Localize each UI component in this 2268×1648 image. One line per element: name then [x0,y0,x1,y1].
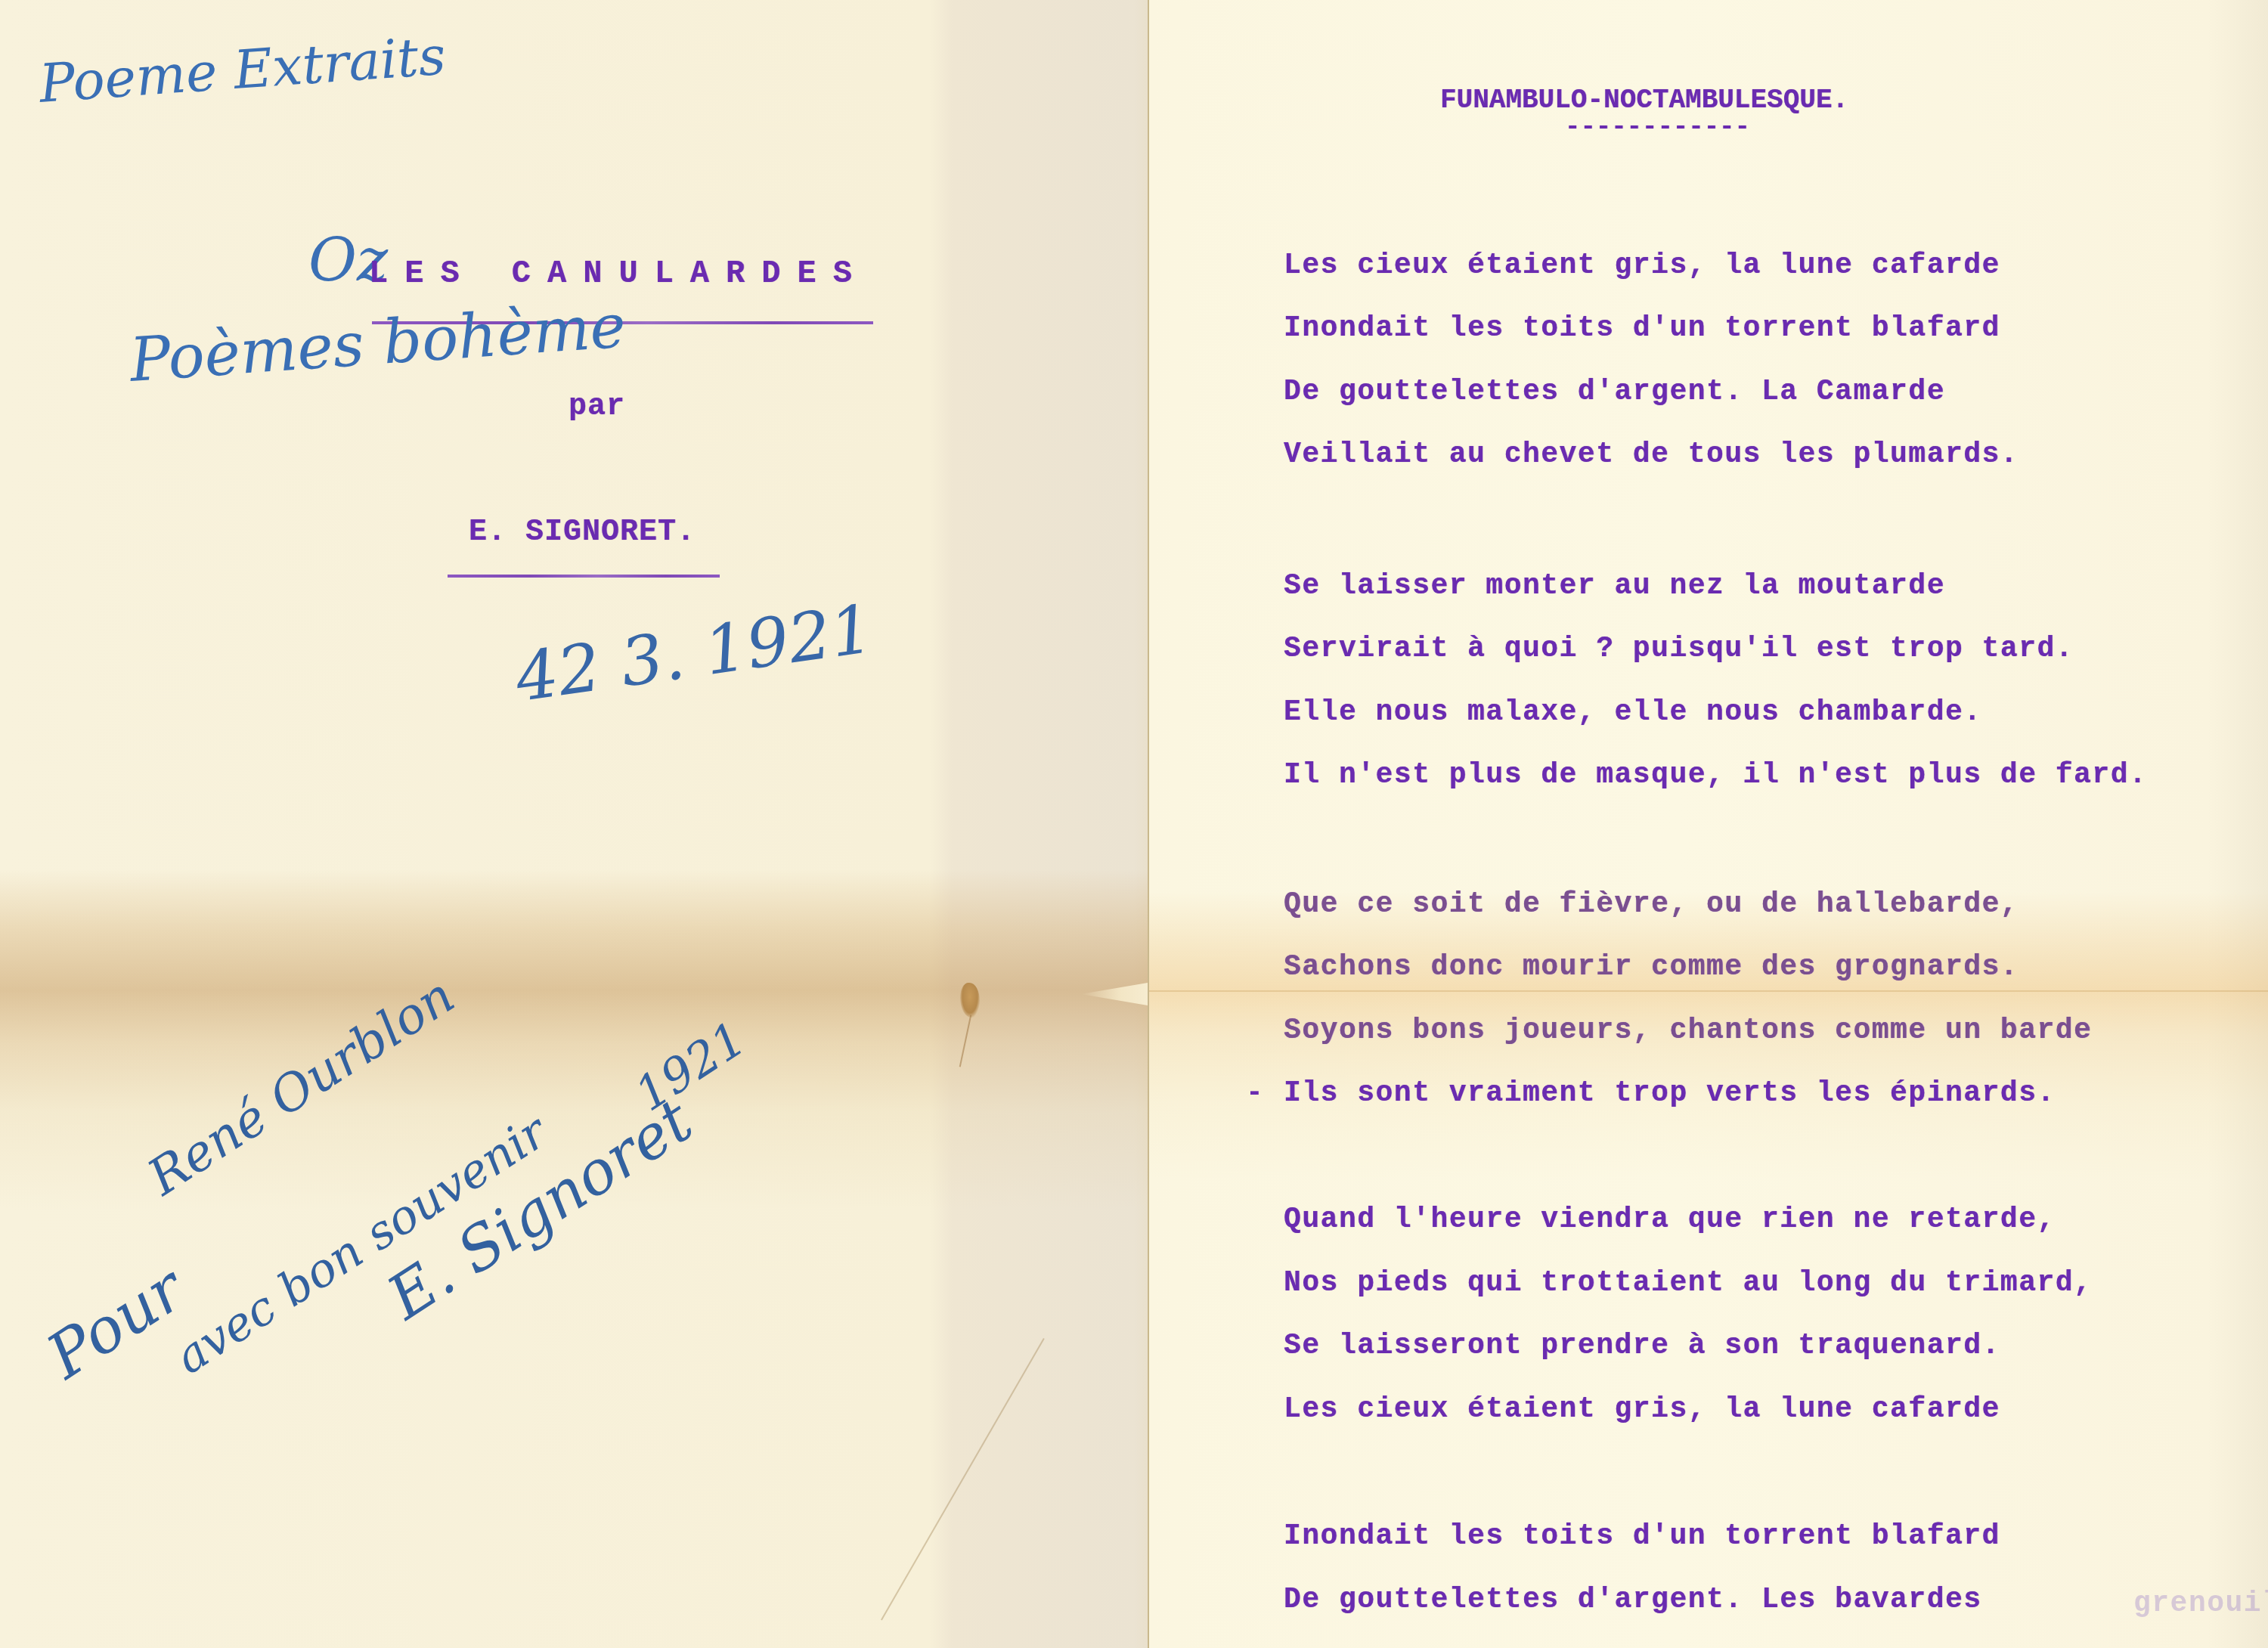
collection-title: LES CANULARDES [369,256,869,292]
dedication-recipient: René Ourblon [138,966,464,1207]
verse-line: Inondait les toits d'un torrent blafard [1284,1520,2000,1553]
dedication-year: 1921 [625,1011,755,1122]
verse-line: Servirait à quoi ? puisqu'il est trop ta… [1284,633,2074,665]
author-name: E. SIGNORET. [469,516,696,550]
verse-line: Elle nous malaxe, elle nous chambarde. [1284,696,1982,729]
verse-line: Nos pieds qui trottaient au long du trim… [1284,1267,2092,1300]
verse-line: Inondait les toits d'un torrent blafard [1284,312,2000,345]
poem-title-underline: ------------ [1565,113,1750,142]
verse-dash: - [1246,1077,1263,1110]
left-page: Poeme Extraits Oz LES CANULARDES Poèmes … [0,0,1149,1648]
verse-line: De gouttelettes d'argent. La Camarde [1284,376,1945,408]
verse-line: Les cieux étaient gris, la lune cafarde [1284,1393,2000,1426]
verse-line: Que ce soit de fièvre, ou de hallebarde, [1284,888,2019,921]
byline-label: par [569,390,625,424]
verse-line: Il n'est plus de masque, il n'est plus d… [1284,759,2147,791]
verse-line: Se laisseront prendre à son traquenard. [1284,1330,2000,1362]
verse-line: Les cieux étaient gris, la lune cafarde [1284,249,2000,282]
faded-typed-word: grenouilles [2133,1588,2268,1620]
paper-crack [959,1015,972,1067]
verse-line: Soyons bons joueurs, chantons comme un b… [1284,1015,2092,1047]
handwritten-dedication: Pour René Ourblon avec bon souvenir E. S… [0,614,766,1383]
paper-tear [1081,983,1148,1005]
author-underline [448,575,720,578]
verse-line: De gouttelettes d'argent. Les bavardes [1284,1584,1982,1616]
document-scan: Poeme Extraits Oz LES CANULARDES Poèmes … [0,0,2268,1648]
verse-line: Ils sont vraiment trop verts les épinard… [1284,1077,2056,1110]
page-fold-line [881,1338,1045,1620]
verse-line: Quand l'heure viendra que rien ne retard… [1284,1203,2056,1236]
verse-line: Se laisser monter au nez la moutarde [1284,570,1945,603]
handwritten-subtitle: Poèmes bohème [128,290,628,395]
paper-tear-stain [960,983,980,1018]
verse-line: Sachons donc mourir comme des grognards. [1284,951,2019,984]
poem-title: FUNAMBULO-NOCTAMBULESQUE. [1440,85,1848,116]
page-fold-crease [1149,990,2268,992]
dedication-line: Pour [35,1253,197,1393]
verse-line: Veillait au chevet de tous les plumards. [1284,438,2019,471]
handwritten-note-extraits: Poeme Extraits [37,25,448,115]
